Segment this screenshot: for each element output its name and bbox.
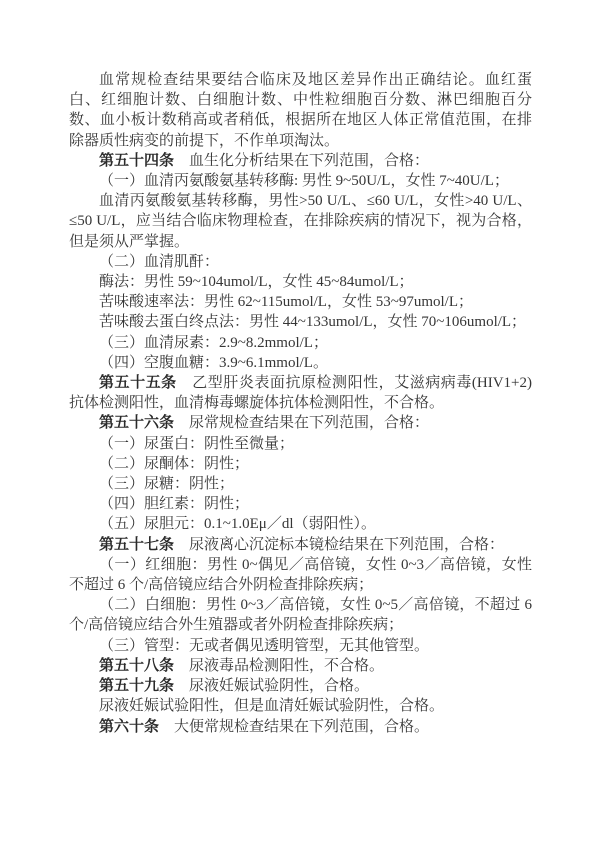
text-run: （三）管型：无或者偶见透明管型，无其他管型。 bbox=[99, 638, 429, 654]
paragraph: 苦味酸去蛋白终点法：男性 44~133umol/L，女性 70~106umol/… bbox=[69, 312, 532, 332]
document-content: 血常规检查结果要结合临床及地区差异作出正确结论。血红蛋白、红细胞计数、白细胞计数… bbox=[69, 70, 532, 737]
text-run: （五）尿胆元：0.1~1.0Eμ／dl（弱阳性）。 bbox=[99, 516, 376, 532]
article-paragraph: 第五十七条 尿液离心沉淀标本镜检结果在下列范围，合格： bbox=[69, 535, 532, 555]
article-number: 第五十九条 bbox=[99, 678, 174, 694]
paragraph: （一）红细胞：男性 0~偶见／高倍镜，女性 0~3／高倍镜，女性不超过 6 个/… bbox=[69, 555, 532, 595]
article-paragraph: 第五十五条 乙型肝炎表面抗原检测阳性，艾滋病病毒(HIV1+2)抗体检测阳性，血… bbox=[69, 373, 532, 413]
text-run: 血清丙氨酸氨基转移酶，男性>50 U/L、≤60 U/L，女性>40 U/L、≤… bbox=[69, 193, 532, 249]
text-run: 尿液妊娠试验阳性，但是血清妊娠试验阴性，合格。 bbox=[99, 698, 444, 714]
text-run: （四）空腹血糖：3.9~6.1mmol/L。 bbox=[99, 355, 328, 371]
text-run: 苦味酸去蛋白终点法：男性 44~133umol/L，女性 70~106umol/… bbox=[99, 314, 526, 330]
text-run: 尿液离心沉淀标本镜检结果在下列范围，合格： bbox=[174, 537, 504, 553]
article-number: 第五十四条 bbox=[99, 153, 174, 169]
text-run: （一）红细胞：男性 0~偶见／高倍镜，女性 0~3／高倍镜，女性不超过 6 个/… bbox=[69, 557, 532, 593]
text-run: 血生化分析结果在下列范围，合格： bbox=[174, 153, 429, 169]
article-paragraph: 第五十八条 尿液毒品检测阳性，不合格。 bbox=[69, 656, 532, 676]
text-run: （一）血清丙氨酸氨基转移酶: 男性 9~50U/L，女性 7~40U/L； bbox=[99, 173, 509, 189]
text-run: 尿液妊娠试验阴性，合格。 bbox=[174, 678, 369, 694]
article-number: 第五十五条 bbox=[99, 375, 177, 391]
paragraph: 苦味酸速率法：男性 62~115umol/L，女性 53~97umol/L； bbox=[69, 292, 532, 312]
paragraph: （三）血清尿素：2.9~8.2mmol/L； bbox=[69, 333, 532, 353]
paragraph: （二）血清肌酐： bbox=[69, 252, 532, 272]
paragraph: （三）尿糖：阴性； bbox=[69, 474, 532, 494]
article-paragraph: 第五十四条 血生化分析结果在下列范围，合格： bbox=[69, 151, 532, 171]
paragraph: （一）血清丙氨酸氨基转移酶: 男性 9~50U/L，女性 7~40U/L； bbox=[69, 171, 532, 191]
paragraph: （一）尿蛋白：阴性至微量； bbox=[69, 434, 532, 454]
document-page: 血常规检查结果要结合临床及地区差异作出正确结论。血红蛋白、红细胞计数、白细胞计数… bbox=[0, 0, 600, 848]
paragraph: （五）尿胆元：0.1~1.0Eμ／dl（弱阳性）。 bbox=[69, 514, 532, 534]
article-paragraph: 第六十条 大便常规检查结果在下列范围，合格。 bbox=[69, 717, 532, 737]
article-paragraph: 第五十九条 尿液妊娠试验阴性，合格。 bbox=[69, 676, 532, 696]
text-run: 尿液毒品检测阳性，不合格。 bbox=[174, 658, 384, 674]
text-run: （四）胆红素：阴性； bbox=[99, 496, 249, 512]
paragraph: 血常规检查结果要结合临床及地区差异作出正确结论。血红蛋白、红细胞计数、白细胞计数… bbox=[69, 70, 532, 151]
text-run: （三）尿糖：阴性； bbox=[99, 476, 234, 492]
paragraph: 酶法：男性 59~104umol/L，女性 45~84umol/L； bbox=[69, 272, 532, 292]
text-run: （三）血清尿素：2.9~8.2mmol/L； bbox=[99, 335, 328, 351]
article-paragraph: 第五十六条 尿常规检查结果在下列范围，合格： bbox=[69, 413, 532, 433]
paragraph: （二）尿酮体：阴性； bbox=[69, 454, 532, 474]
text-run: 尿常规检查结果在下列范围，合格： bbox=[174, 415, 429, 431]
paragraph: （四）胆红素：阴性； bbox=[69, 494, 532, 514]
paragraph: 尿液妊娠试验阳性，但是血清妊娠试验阴性，合格。 bbox=[69, 696, 532, 716]
article-number: 第五十八条 bbox=[99, 658, 174, 674]
text-run: 大便常规检查结果在下列范围，合格。 bbox=[159, 719, 429, 735]
text-run: 苦味酸速率法：男性 62~115umol/L，女性 53~97umol/L； bbox=[99, 294, 473, 310]
paragraph: （四）空腹血糖：3.9~6.1mmol/L。 bbox=[69, 353, 532, 373]
text-run: 血常规检查结果要结合临床及地区差异作出正确结论。血红蛋白、红细胞计数、白细胞计数… bbox=[69, 72, 532, 149]
article-number: 第五十七条 bbox=[99, 537, 174, 553]
text-run: 酶法：男性 59~104umol/L，女性 45~84umol/L； bbox=[99, 274, 414, 290]
paragraph: 血清丙氨酸氨基转移酶，男性>50 U/L、≤60 U/L，女性>40 U/L、≤… bbox=[69, 191, 532, 252]
article-number: 第五十六条 bbox=[99, 415, 174, 431]
paragraph: （二）白细胞：男性 0~3／高倍镜，女性 0~5／高倍镜，不超过 6 个/高倍镜… bbox=[69, 595, 532, 635]
text-run: （二）血清肌酐： bbox=[99, 254, 219, 270]
text-run: （二）白细胞：男性 0~3／高倍镜，女性 0~5／高倍镜，不超过 6 个/高倍镜… bbox=[69, 597, 532, 633]
article-number: 第六十条 bbox=[99, 719, 159, 735]
text-run: （一）尿蛋白：阴性至微量； bbox=[99, 436, 294, 452]
text-run: （二）尿酮体：阴性； bbox=[99, 456, 249, 472]
paragraph: （三）管型：无或者偶见透明管型，无其他管型。 bbox=[69, 636, 532, 656]
